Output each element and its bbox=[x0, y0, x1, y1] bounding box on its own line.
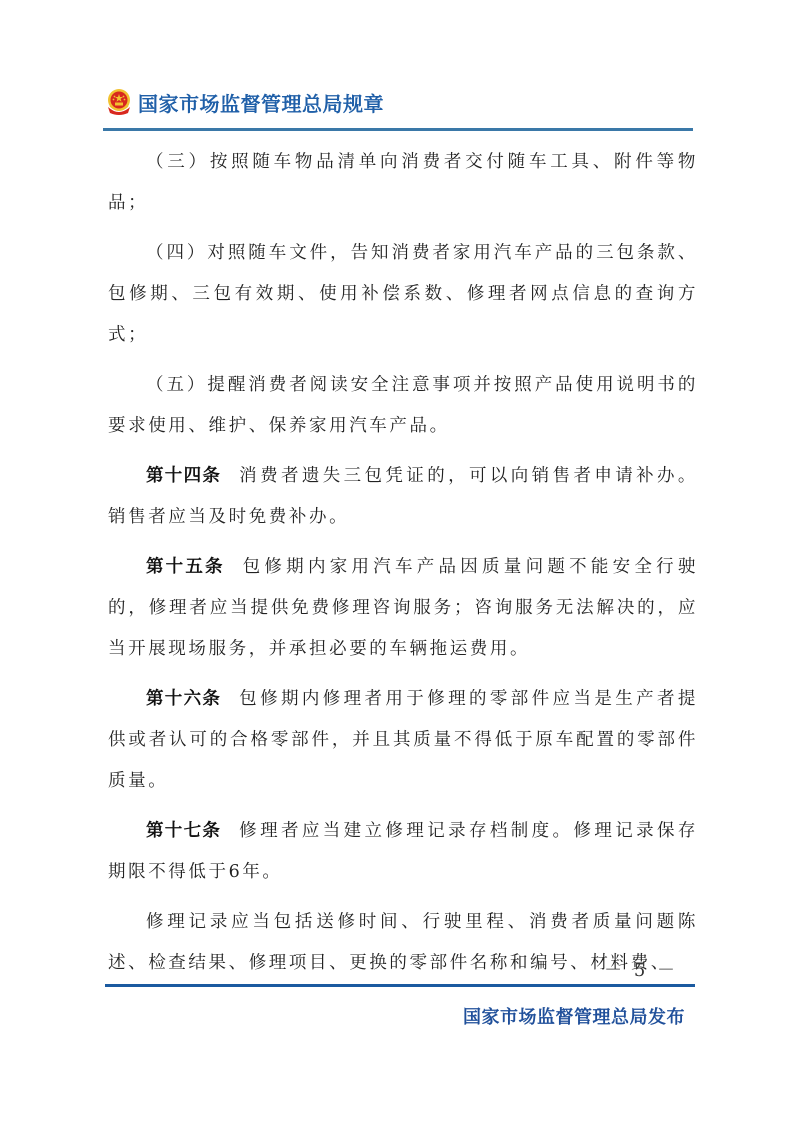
document-body: （三）按照随车物品清单向消费者交付随车工具、附件等物品； （四）对照随车文件，告… bbox=[108, 142, 698, 993]
national-emblem-icon bbox=[104, 87, 134, 117]
article-17: 第十七条修理者应当建立修理记录存档制度。修理记录保存期限不得低于6年。 bbox=[108, 811, 698, 893]
article-number: 第十七条 bbox=[146, 821, 221, 841]
page-number: － 5 － bbox=[604, 956, 678, 982]
paragraph-item-3: （三）按照随车物品清单向消费者交付随车工具、附件等物品； bbox=[108, 142, 698, 224]
article-16: 第十六条包修期内修理者用于修理的零部件应当是生产者提供或者认可的合格零部件，并且… bbox=[108, 679, 698, 802]
paragraph-text: （三）按照随车物品清单向消费者交付随车工具、附件等物品； bbox=[108, 152, 698, 213]
footer-divider bbox=[105, 984, 695, 987]
footer-publisher: 国家市场监督管理总局发布 bbox=[463, 1003, 685, 1029]
header-divider bbox=[103, 128, 693, 131]
article-number: 第十六条 bbox=[146, 689, 221, 709]
paragraph-text: （四）对照随车文件，告知消费者家用汽车产品的三包条款、包修期、三包有效期、使用补… bbox=[108, 243, 698, 345]
paragraph-item-4: （四）对照随车文件，告知消费者家用汽车产品的三包条款、包修期、三包有效期、使用补… bbox=[108, 233, 698, 356]
article-number: 第十五条 bbox=[146, 557, 225, 577]
paragraph-text: （五）提醒消费者阅读安全注意事项并按照产品使用说明书的要求使用、维护、保养家用汽… bbox=[108, 375, 698, 436]
paragraph-item-5: （五）提醒消费者阅读安全注意事项并按照产品使用说明书的要求使用、维护、保养家用汽… bbox=[108, 365, 698, 447]
header-title: 国家市场监督管理总局规章 bbox=[138, 88, 384, 117]
article-14: 第十四条消费者遗失三包凭证的，可以向销售者申请补办。销售者应当及时免费补办。 bbox=[108, 456, 698, 538]
article-number: 第十四条 bbox=[146, 466, 221, 486]
document-header: 国家市场监督管理总局规章 bbox=[104, 86, 384, 118]
article-15: 第十五条包修期内家用汽车产品因质量问题不能安全行驶的，修理者应当提供免费修理咨询… bbox=[108, 547, 698, 670]
